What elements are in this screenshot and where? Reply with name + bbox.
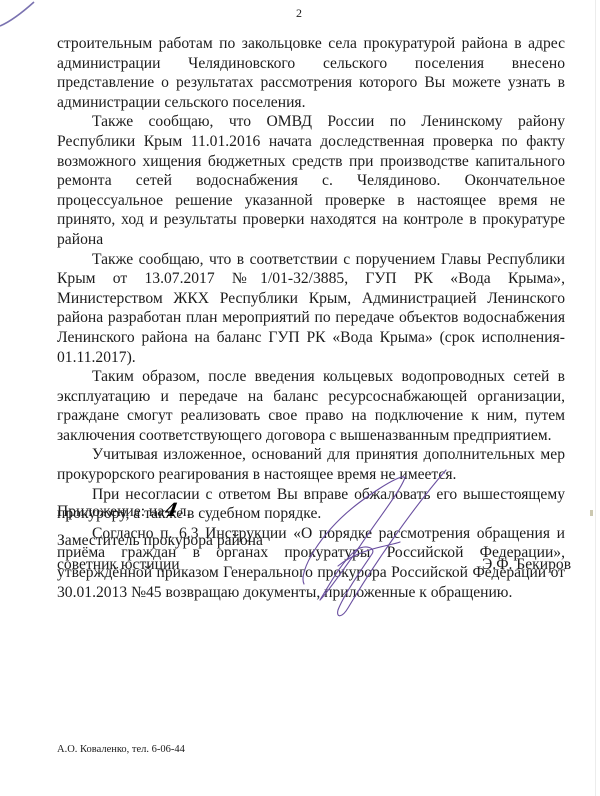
handwritten-signature	[280, 462, 460, 622]
attachment-line: Приложение: на4л.	[57, 500, 190, 521]
signatory-name: Э.Ф. Бекиров	[482, 556, 571, 574]
executor-footer: А.О. Коваленко, тел. 6-06-44	[57, 744, 185, 755]
attachment-count-handwritten: 4	[163, 500, 179, 521]
margin-mark	[590, 510, 593, 516]
paragraph: Также сообщаю, что ОМВД России по Ленинс…	[57, 112, 565, 249]
attachment-suffix: л.	[179, 503, 191, 520]
paragraph: строительным работам по закольцовке села…	[57, 34, 565, 112]
page-number: 2	[296, 6, 302, 21]
corner-pen-mark	[0, 0, 40, 30]
paragraph: Таким образом, после введения кольцевых …	[57, 367, 565, 445]
page-edge	[595, 0, 596, 796]
signatory-rank: советник юстиции	[57, 556, 180, 574]
signatory-title: Заместитель прокурора района	[57, 532, 263, 550]
attachment-prefix: Приложение: на	[57, 503, 164, 520]
paragraph: Также сообщаю, что в соответствии с пору…	[57, 250, 565, 368]
